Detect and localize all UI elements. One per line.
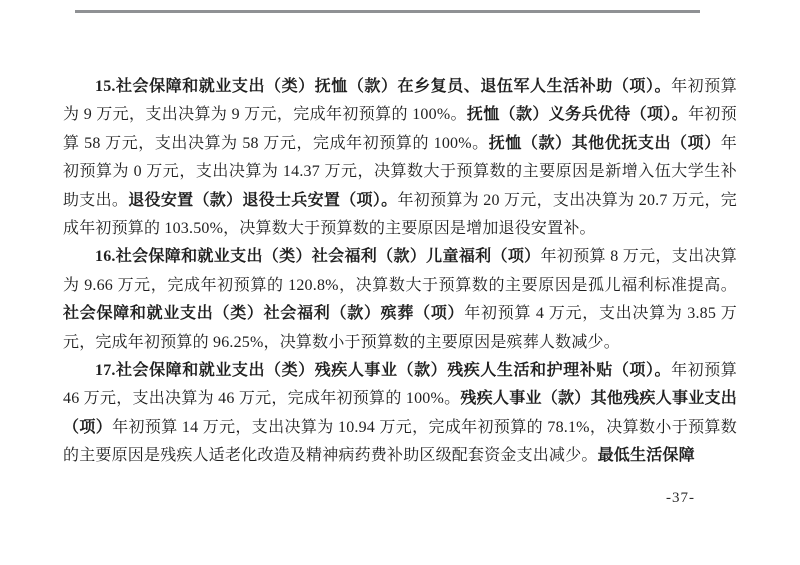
text-run-bold: 抚恤（款）义务兵优待（项）。	[467, 106, 688, 123]
text-run-bold: 抚恤（款）其他优抚支出（项）	[489, 135, 721, 152]
document-page: 15.社会保障和就业支出（类）抚恤（款）在乡复员、退伍军人生活补助（项）。年初预…	[0, 0, 800, 565]
paragraph-item-15: 15.社会保障和就业支出（类）抚恤（款）在乡复员、退伍军人生活补助（项）。年初预…	[63, 73, 737, 243]
text-run-bold: 最低生活保障	[598, 447, 695, 464]
document-body: 15.社会保障和就业支出（类）抚恤（款）在乡复员、退伍军人生活补助（项）。年初预…	[63, 73, 737, 471]
header-rule	[75, 10, 700, 13]
paragraph-item-16: 16.社会保障和就业支出（类）社会福利（款）儿童福利（项）年初预算 8 万元，支…	[63, 243, 737, 357]
text-run-bold: 退役安置（款）退役士兵安置（项）。	[128, 192, 397, 209]
text-run-bold: 社会保障和就业支出（类）社会福利（款）殡葬（项）	[63, 305, 464, 322]
page-number: -37-	[666, 490, 695, 507]
text-run-bold: 16.社会保障和就业支出（类）社会福利（款）儿童福利（项）	[95, 248, 541, 265]
paragraph-item-17: 17.社会保障和就业支出（类）残疾人事业（款）残疾人生活和护理补贴（项）。年初预…	[63, 357, 737, 471]
text-run-bold: 17.社会保障和就业支出（类）残疾人事业（款）残疾人生活和护理补贴（项）。	[95, 362, 671, 379]
text-run-bold: 15.社会保障和就业支出（类）抚恤（款）在乡复员、退伍军人生活补助（项）。	[95, 78, 671, 95]
